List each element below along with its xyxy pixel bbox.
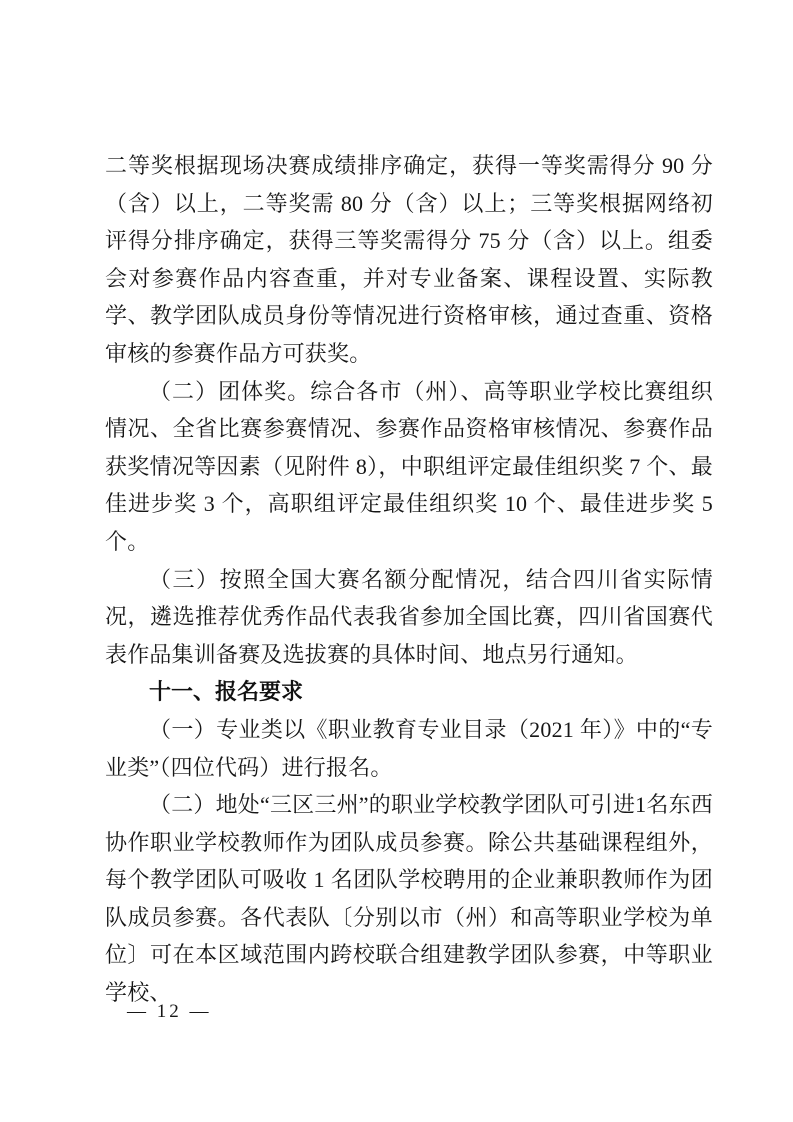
paragraph-awards-criteria: 二等奖根据现场决赛成绩排序确定，获得一等奖需得分 90 分（含）以上，二等奖需 … [105,147,713,373]
section-heading-registration-requirements: 十一、报名要求 [105,673,713,711]
paragraph-team-composition: （二）地处“三区三州”的职业学校教学团队可引进1名东西协作职业学校教师作为团队成… [105,786,713,1012]
paragraph-national-selection: （三）按照全国大赛名额分配情况，结合四川省实际情况，遴选推荐优秀作品代表我省参加… [105,561,713,674]
document-page: 二等奖根据现场决赛成绩排序确定，获得一等奖需得分 90 分（含）以上，二等奖需 … [0,0,793,1122]
page-body-text: 二等奖根据现场决赛成绩排序确定，获得一等奖需得分 90 分（含）以上，二等奖需 … [105,147,713,1012]
paragraph-major-category: （一）专业类以《职业教育专业目录（2021 年）》中的“专业类”（四位代码）进行… [105,711,713,786]
page-number: — 12 — [127,1000,212,1024]
paragraph-team-awards: （二）团体奖。综合各市（州）、高等职业学校比赛组织情况、全省比赛参赛情况、参赛作… [105,373,713,561]
